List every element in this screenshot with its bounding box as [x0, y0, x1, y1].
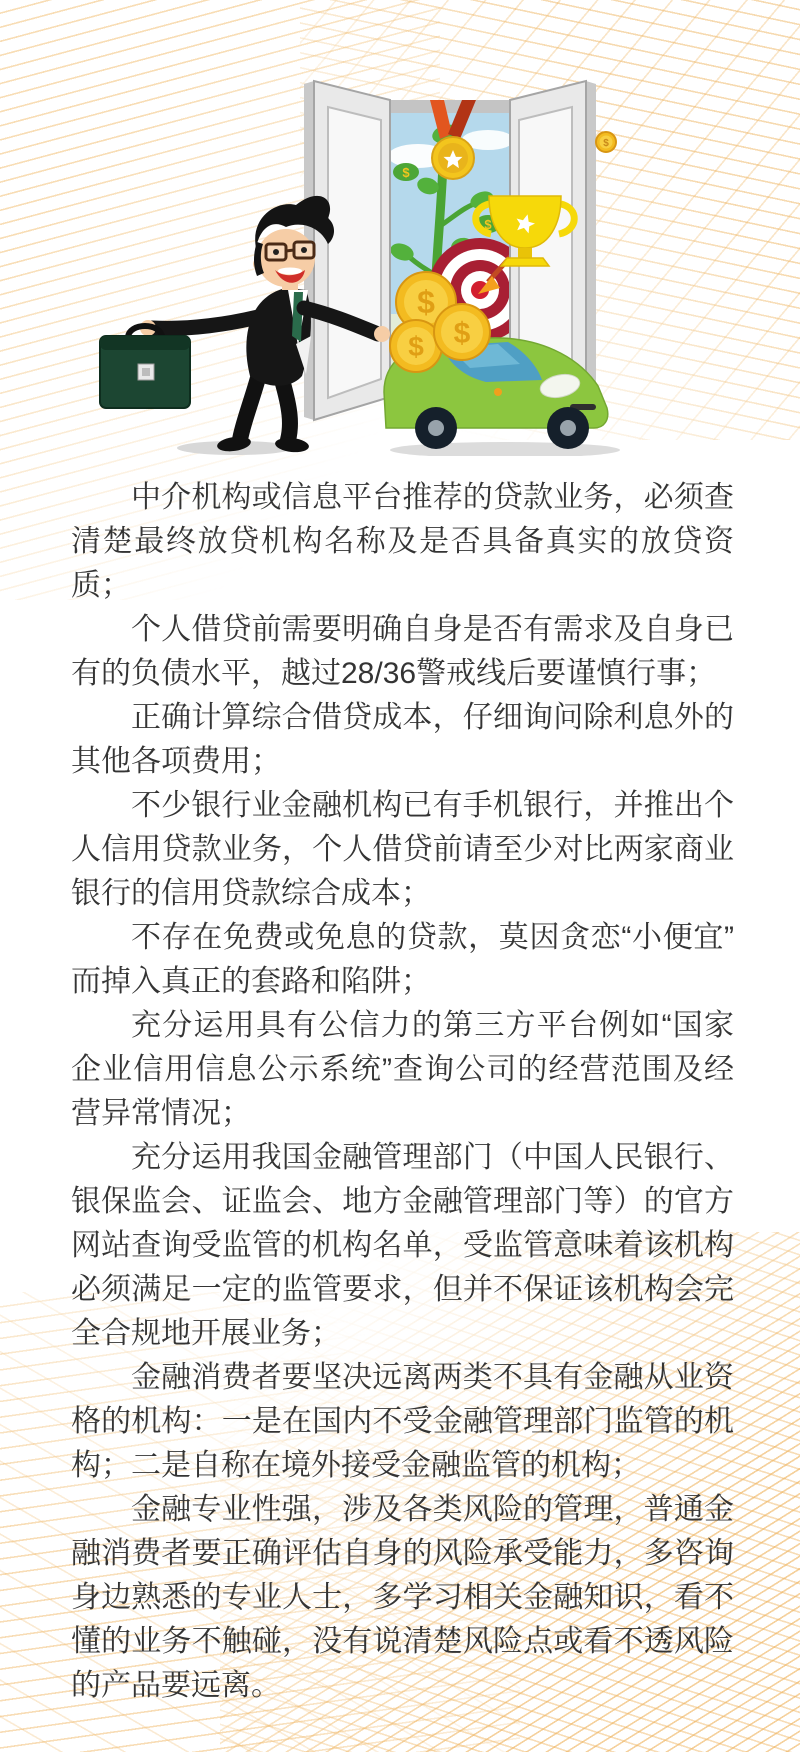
dollar-sign: $ [417, 284, 435, 320]
paragraph: 正确计算综合借贷成本，仔细询问除利息外的其他各项费用； [71, 696, 734, 784]
doorway-scene: $ $ $ [90, 76, 690, 456]
left-door [304, 81, 390, 420]
paragraph: 不存在免费或免息的贷款，莫因贪恋“小便宜”而掉入真正的套路和陷阱； [71, 916, 734, 1004]
floating-coin-icon: $ [596, 132, 616, 152]
paragraph: 个人借贷前需要明确自身是否有需求及自身已有的负债水平，越过28/36警戒线后要谨… [71, 608, 734, 696]
dollar-sign: $ [402, 165, 410, 180]
dollar-sign: $ [454, 317, 471, 350]
paragraph: 充分运用具有公信力的第三方平台例如“国家企业信用信息公示系统”查询公司的经营范围… [71, 1004, 734, 1136]
dollar-sign: $ [603, 138, 609, 149]
illustration-businessman-doors: $ $ $ [90, 76, 690, 456]
paragraph: 金融专业性强，涉及各类风险的管理，普通金融消费者要正确评估自身的风险承受能力，多… [71, 1488, 734, 1708]
briefcase-icon [100, 326, 190, 408]
paragraph: 不少银行业金融机构已有手机银行，并推出个人信用贷款业务，个人借贷前请至少对比两家… [71, 784, 734, 916]
body-text: 中介机构或信息平台推荐的贷款业务，必须查清楚最终放贷机构名称及是否具备真实的放贷… [71, 476, 734, 1708]
paragraph: 中介机构或信息平台推荐的贷款业务，必须查清楚最终放贷机构名称及是否具备真实的放贷… [71, 476, 734, 608]
dollar-sign: $ [408, 331, 424, 362]
paragraph: 金融消费者要坚决远离两类不具有金融从业资格的机构：一是在国内不受金融管理部门监管… [71, 1356, 734, 1488]
dollar-leaf: $ [393, 163, 419, 181]
paragraph: 充分运用我国金融管理部门（中国人民银行、银保监会、证监会、地方金融管理部门等）的… [71, 1136, 734, 1356]
